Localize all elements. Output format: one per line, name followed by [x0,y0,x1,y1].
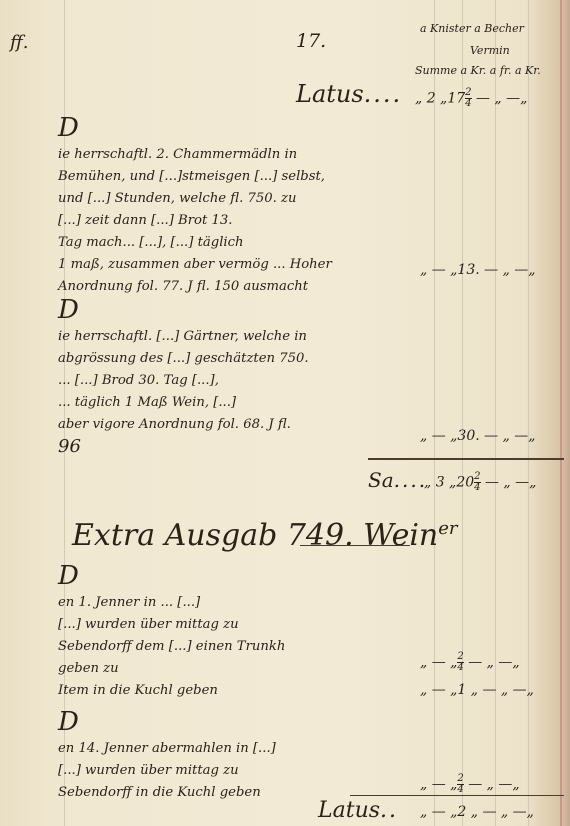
subtotal-label: Sa.... [368,468,427,492]
entry-amount: „ — „13. — „ —„ [420,262,536,278]
subtotal-amount: „ 3 „2024 — „ —„ [424,472,536,493]
ledger-entry: D en 14. Jenner abermahlen in [...] [...… [58,712,398,804]
column-header-line1: a Knister a Becher [420,22,524,35]
entry-amount: „ — „1 „ — „ —„ [420,682,534,698]
entry-amount: „ — „24 — „ —„ [420,774,520,795]
column-rule [434,0,435,826]
heading-underline [300,545,410,546]
page-number: 17. [296,30,326,52]
column-rule [462,0,463,826]
folio-mark: ff. [10,32,28,53]
fraction: 24 [465,88,471,109]
total-rule [350,795,564,796]
ledger-entry: D en 1. Jenner in ... [...] [...] wurden… [58,566,398,680]
latus-carried-amount: „ 2 „1724 — „ —„ [415,88,527,109]
column-rule [528,0,529,826]
ledger-entry: D ie herrschaftl. 2. Chammermädln in Bem… [58,118,398,298]
entry-amount: „ — „24 — „ —„ [420,652,520,673]
ledger-entry: Item in die Kuchl geben [58,680,398,702]
entry-line: D [58,118,398,144]
column-rule [495,0,496,826]
latus-bottom-label: Latus.. [318,798,398,823]
section-heading: Extra Ausgab 749. Weiner [72,518,458,553]
column-header-line3: Summe a Kr. a fr. a Kr. [415,64,541,77]
latus-carried-label: Latus.... [296,80,402,108]
red-margin-line [560,0,562,826]
latus-label: Latus [296,80,364,108]
total-rule [368,458,564,460]
ledger-entry: D ie herrschaftl. [...] Gärtner, welche … [58,300,398,458]
column-header-line2: Vermin [470,44,510,57]
ledger-page: ff. 17. a Knister a Becher Vermin Summe … [0,0,570,826]
entry-amount: „ — „30. — „ —„ [420,428,536,444]
latus-bottom-amount: „ — „2 „ — „ —„ [420,804,534,820]
